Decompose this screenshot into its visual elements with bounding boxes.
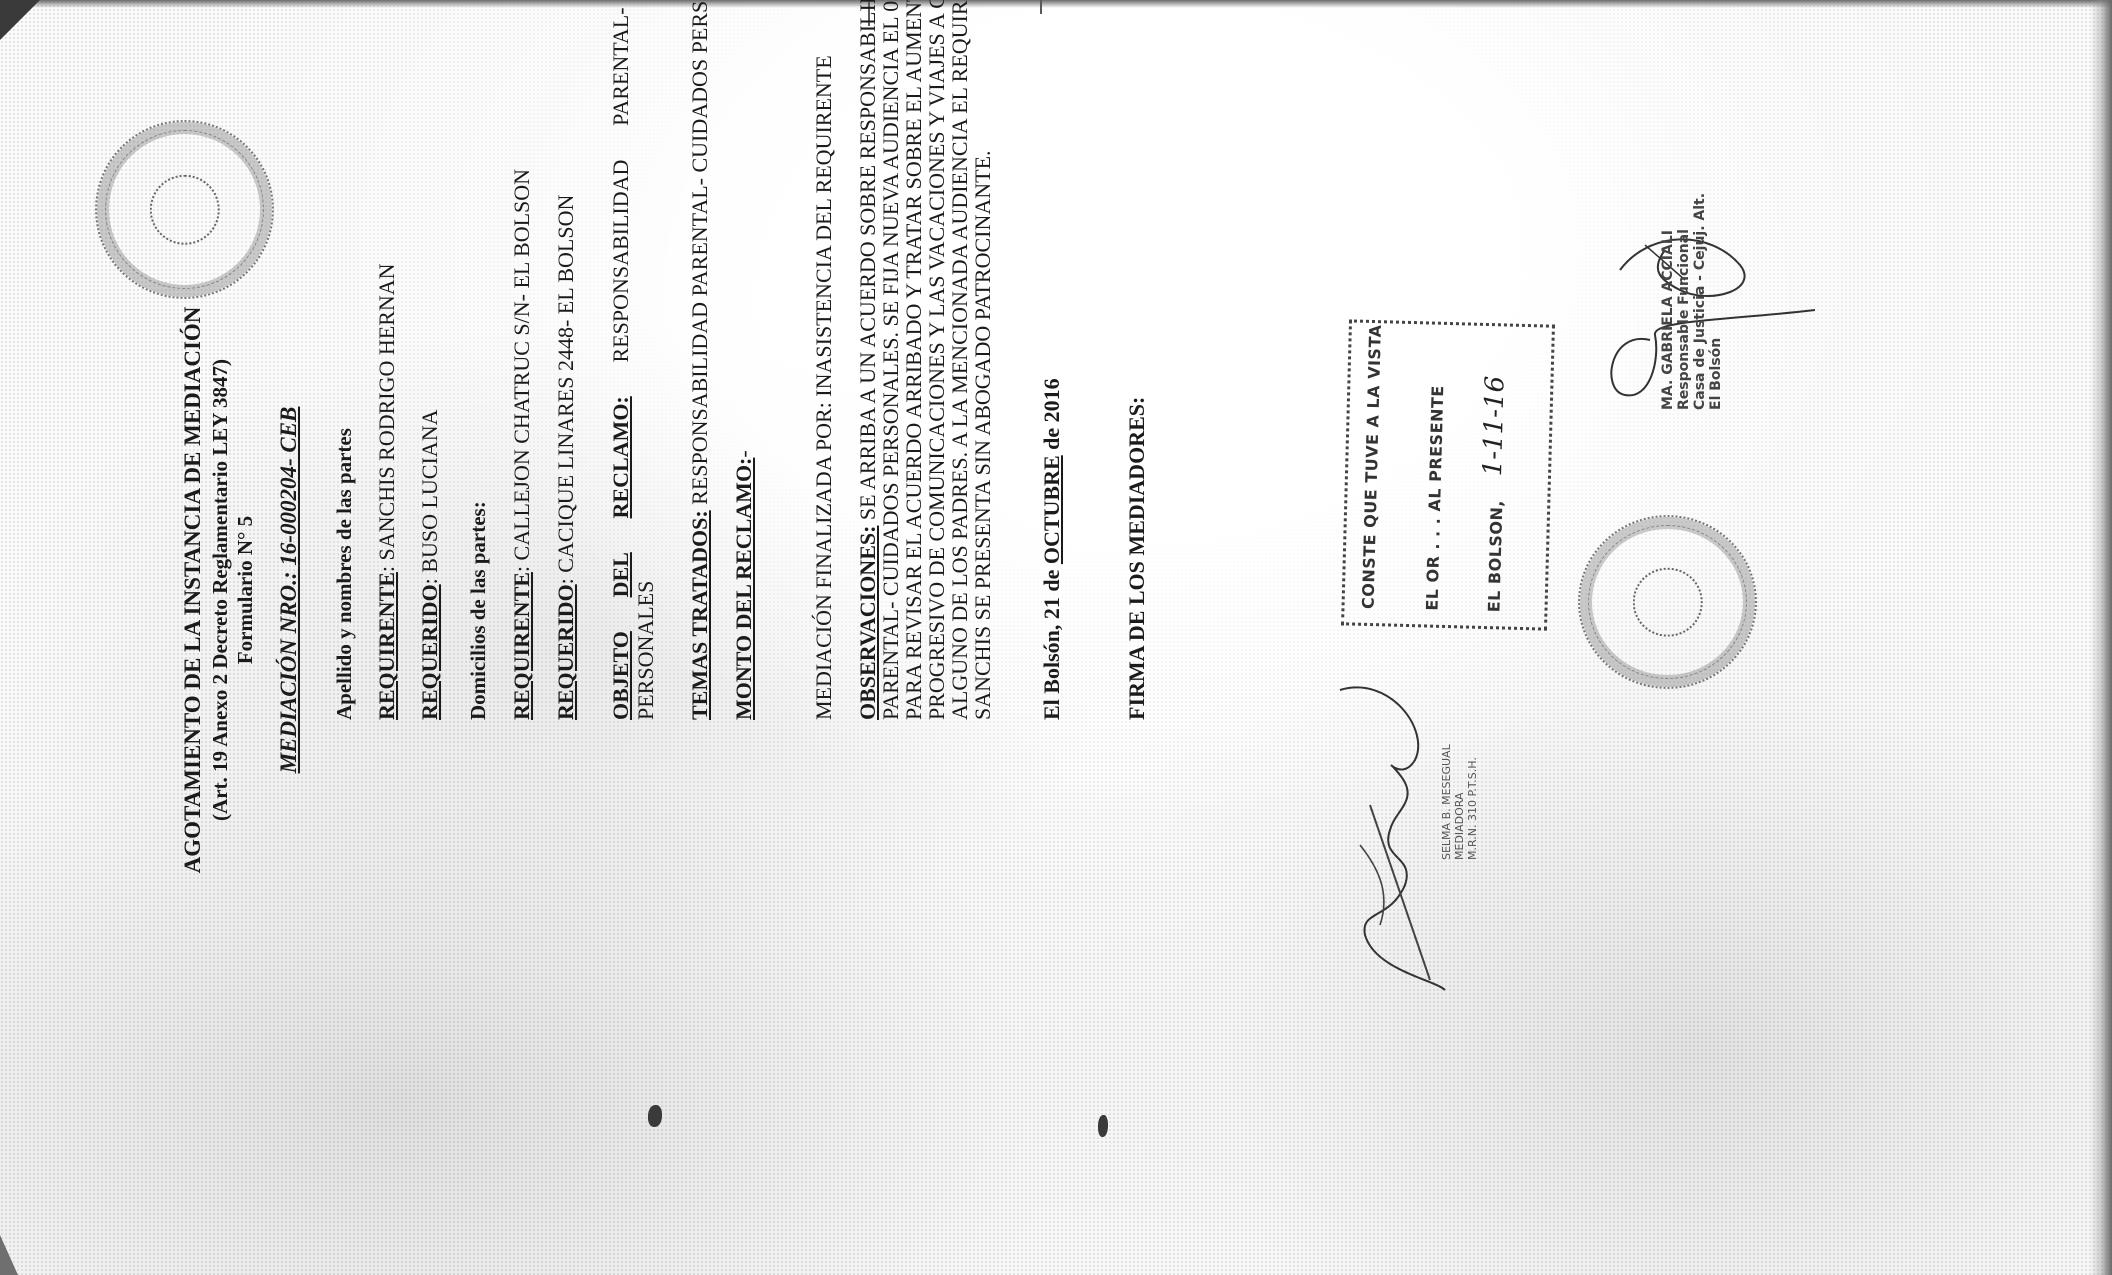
stamp-handwritten-date: 1-11-16 <box>1478 376 1511 477</box>
observaciones-line: SE ARRIBA A UN ACUERDO SOBRE RESPONSABIL… <box>855 0 880 526</box>
address-value: : CALLEJON CHATRUC S/N- EL BOLSON <box>509 169 534 572</box>
signature-1-registration: M.R.N. 310 P.T.S.H. <box>1466 744 1479 860</box>
observaciones-line: ALGUNO DE LOS PADRES. A LA MENCIONADA AU… <box>948 0 971 720</box>
stamp-content: CONSTE QUE TUVE A LA VISTA EL OR . . . A… <box>1344 322 1552 627</box>
objeto-word: RECLAMO: <box>608 396 634 518</box>
signature-2-office: Casa de Justicia - Cejuj. Alt. <box>1692 193 1708 410</box>
page-corner-bottom-left <box>0 1235 18 1275</box>
objeto-word: RESPONSABILIDAD <box>608 160 634 363</box>
objeto-word: PARENTAL- <box>608 7 634 125</box>
monto-label: MONTO DEL RECLAMO: <box>731 458 756 720</box>
mediation-number-label: MEDIACIÓN NRO.: <box>276 571 301 773</box>
scan-mark <box>1040 0 1042 14</box>
finalizada-value: INASISTENCIA DEL REQUIRENTE <box>811 55 836 402</box>
page-edge-top <box>0 0 2112 8</box>
addresses-heading: Domicilios de las partes: <box>466 501 490 720</box>
mediator-signature-1 <box>1320 680 1460 1000</box>
temas-tratados: TEMAS TRATADOS: RESPONSABILIDAD PARENTAL… <box>688 0 712 720</box>
address-label: REQUIRENTE <box>509 572 534 720</box>
temas-value: RESPONSABILIDAD PARENTAL- CUIDADOS PERSO… <box>687 0 712 510</box>
party-requerido: REQUERIDO: BUSO LUCIANA <box>418 410 442 720</box>
observaciones-line: PROGRESIVO DE COMUNICACIONES Y LAS VACAC… <box>925 0 948 720</box>
signature-2-city: El Bolsón <box>1708 193 1724 410</box>
place-date: El Bolsón, 21 de OCTUBRE de 2016 <box>1040 378 1064 720</box>
objeto-del-reclamo: OBJETO DEL RECLAMO: RESPONSABILIDAD PARE… <box>608 0 658 720</box>
observaciones-line: SANCHIS SE PRESENTA SIN ABOGADO PATROCIN… <box>971 0 994 720</box>
signatures-heading: FIRMA DE LOS MEDIADORES: <box>1125 397 1149 720</box>
stamp-line: EL OR . . . AL PRESENTE <box>1422 385 1447 611</box>
party-label: REQUIRENTE <box>374 572 399 720</box>
place-date-suffix: de 2016 <box>1039 378 1064 455</box>
signature-2-role: Responsable Funcional <box>1676 193 1692 410</box>
signature-1-name: SELMA B. MESEGUAL <box>1440 744 1453 860</box>
observaciones-line: PARA REVISAR EL ACUERDO ARRIBADO Y TRATA… <box>902 0 925 720</box>
doc-title: AGOTAMIENTO DE LA INSTANCIA DE MEDIACIÓN <box>180 40 206 1140</box>
page-edge-right <box>2090 0 2112 1275</box>
monto-del-reclamo: MONTO DEL RECLAMO:- <box>732 450 756 720</box>
signature-2-name: MA. GABRIELA ACCIALI <box>1660 193 1676 410</box>
parties-heading: Apellido y nombres de las partes <box>332 428 356 720</box>
party-requirente: REQUIRENTE: SANCHIS RODRIGO HERNAN <box>375 263 399 720</box>
temas-label: TEMAS TRATADOS: <box>687 510 712 720</box>
party-value: : SANCHIS RODRIGO HERNAN <box>374 263 399 572</box>
signature-1-role: MEDIADORA <box>1453 744 1466 860</box>
received-stamp: CONSTE QUE TUVE A LA VISTA EL OR . . . A… <box>1341 319 1555 630</box>
mediation-number-value: 16-000204- CEB <box>276 407 301 566</box>
address-value: : CACIQUE LINARES 2448- EL BOLSON <box>553 195 578 585</box>
page-corner-fold <box>0 0 40 40</box>
place-date-prefix: El Bolsón, 21 de <box>1039 564 1064 720</box>
party-value: : BUSO LUCIANA <box>417 410 442 585</box>
finalizada-label: MEDIACIÓN FINALIZADA POR: <box>811 402 836 720</box>
observaciones: OBSERVACIONES: SE ARRIBA A UN ACUERDO SO… <box>856 0 994 720</box>
doc-subtitle: (Art. 19 Anexo 2 Decreto Reglamentario L… <box>207 40 233 1140</box>
signature-2-label: MA. GABRIELA ACCIALI Responsable Funcion… <box>1660 193 1724 410</box>
address-requirente: REQUIRENTE: CALLEJON CHATRUC S/N- EL BOL… <box>510 169 534 720</box>
place-date-month: OCTUBRE <box>1039 455 1064 564</box>
address-label: REQUERIDO <box>553 584 578 720</box>
stamp-line: CONSTE QUE TUVE A LA VISTA <box>1358 324 1384 609</box>
mediation-number: MEDIACIÓN NRO.: 16-000204- CEB <box>276 40 302 1140</box>
monto-value: - <box>731 450 756 457</box>
observaciones-label: OBSERVACIONES: <box>855 526 880 720</box>
stamp-line: EL BOLSON, <box>1484 500 1506 613</box>
observaciones-line: PARENTAL- CUIDADOS PERSONALES. SE FIJA N… <box>879 0 902 720</box>
objeto-word: DEL <box>608 552 634 597</box>
objeto-continuation: PERSONALES <box>634 0 658 720</box>
mediacion-finalizada: MEDIACIÓN FINALIZADA POR: INASISTENCIA D… <box>812 55 836 720</box>
party-label: REQUERIDO <box>417 584 442 720</box>
objeto-word: OBJETO <box>608 631 634 720</box>
objeto-line: OBJETO DEL RECLAMO: RESPONSABILIDAD PARE… <box>608 0 634 720</box>
doc-form-number: Formulario N° 5 <box>232 40 258 1140</box>
address-requerido: REQUERIDO: CACIQUE LINARES 2448- EL BOLS… <box>554 195 578 720</box>
signature-1-label: SELMA B. MESEGUAL MEDIADORA M.R.N. 310 P… <box>1440 744 1479 860</box>
